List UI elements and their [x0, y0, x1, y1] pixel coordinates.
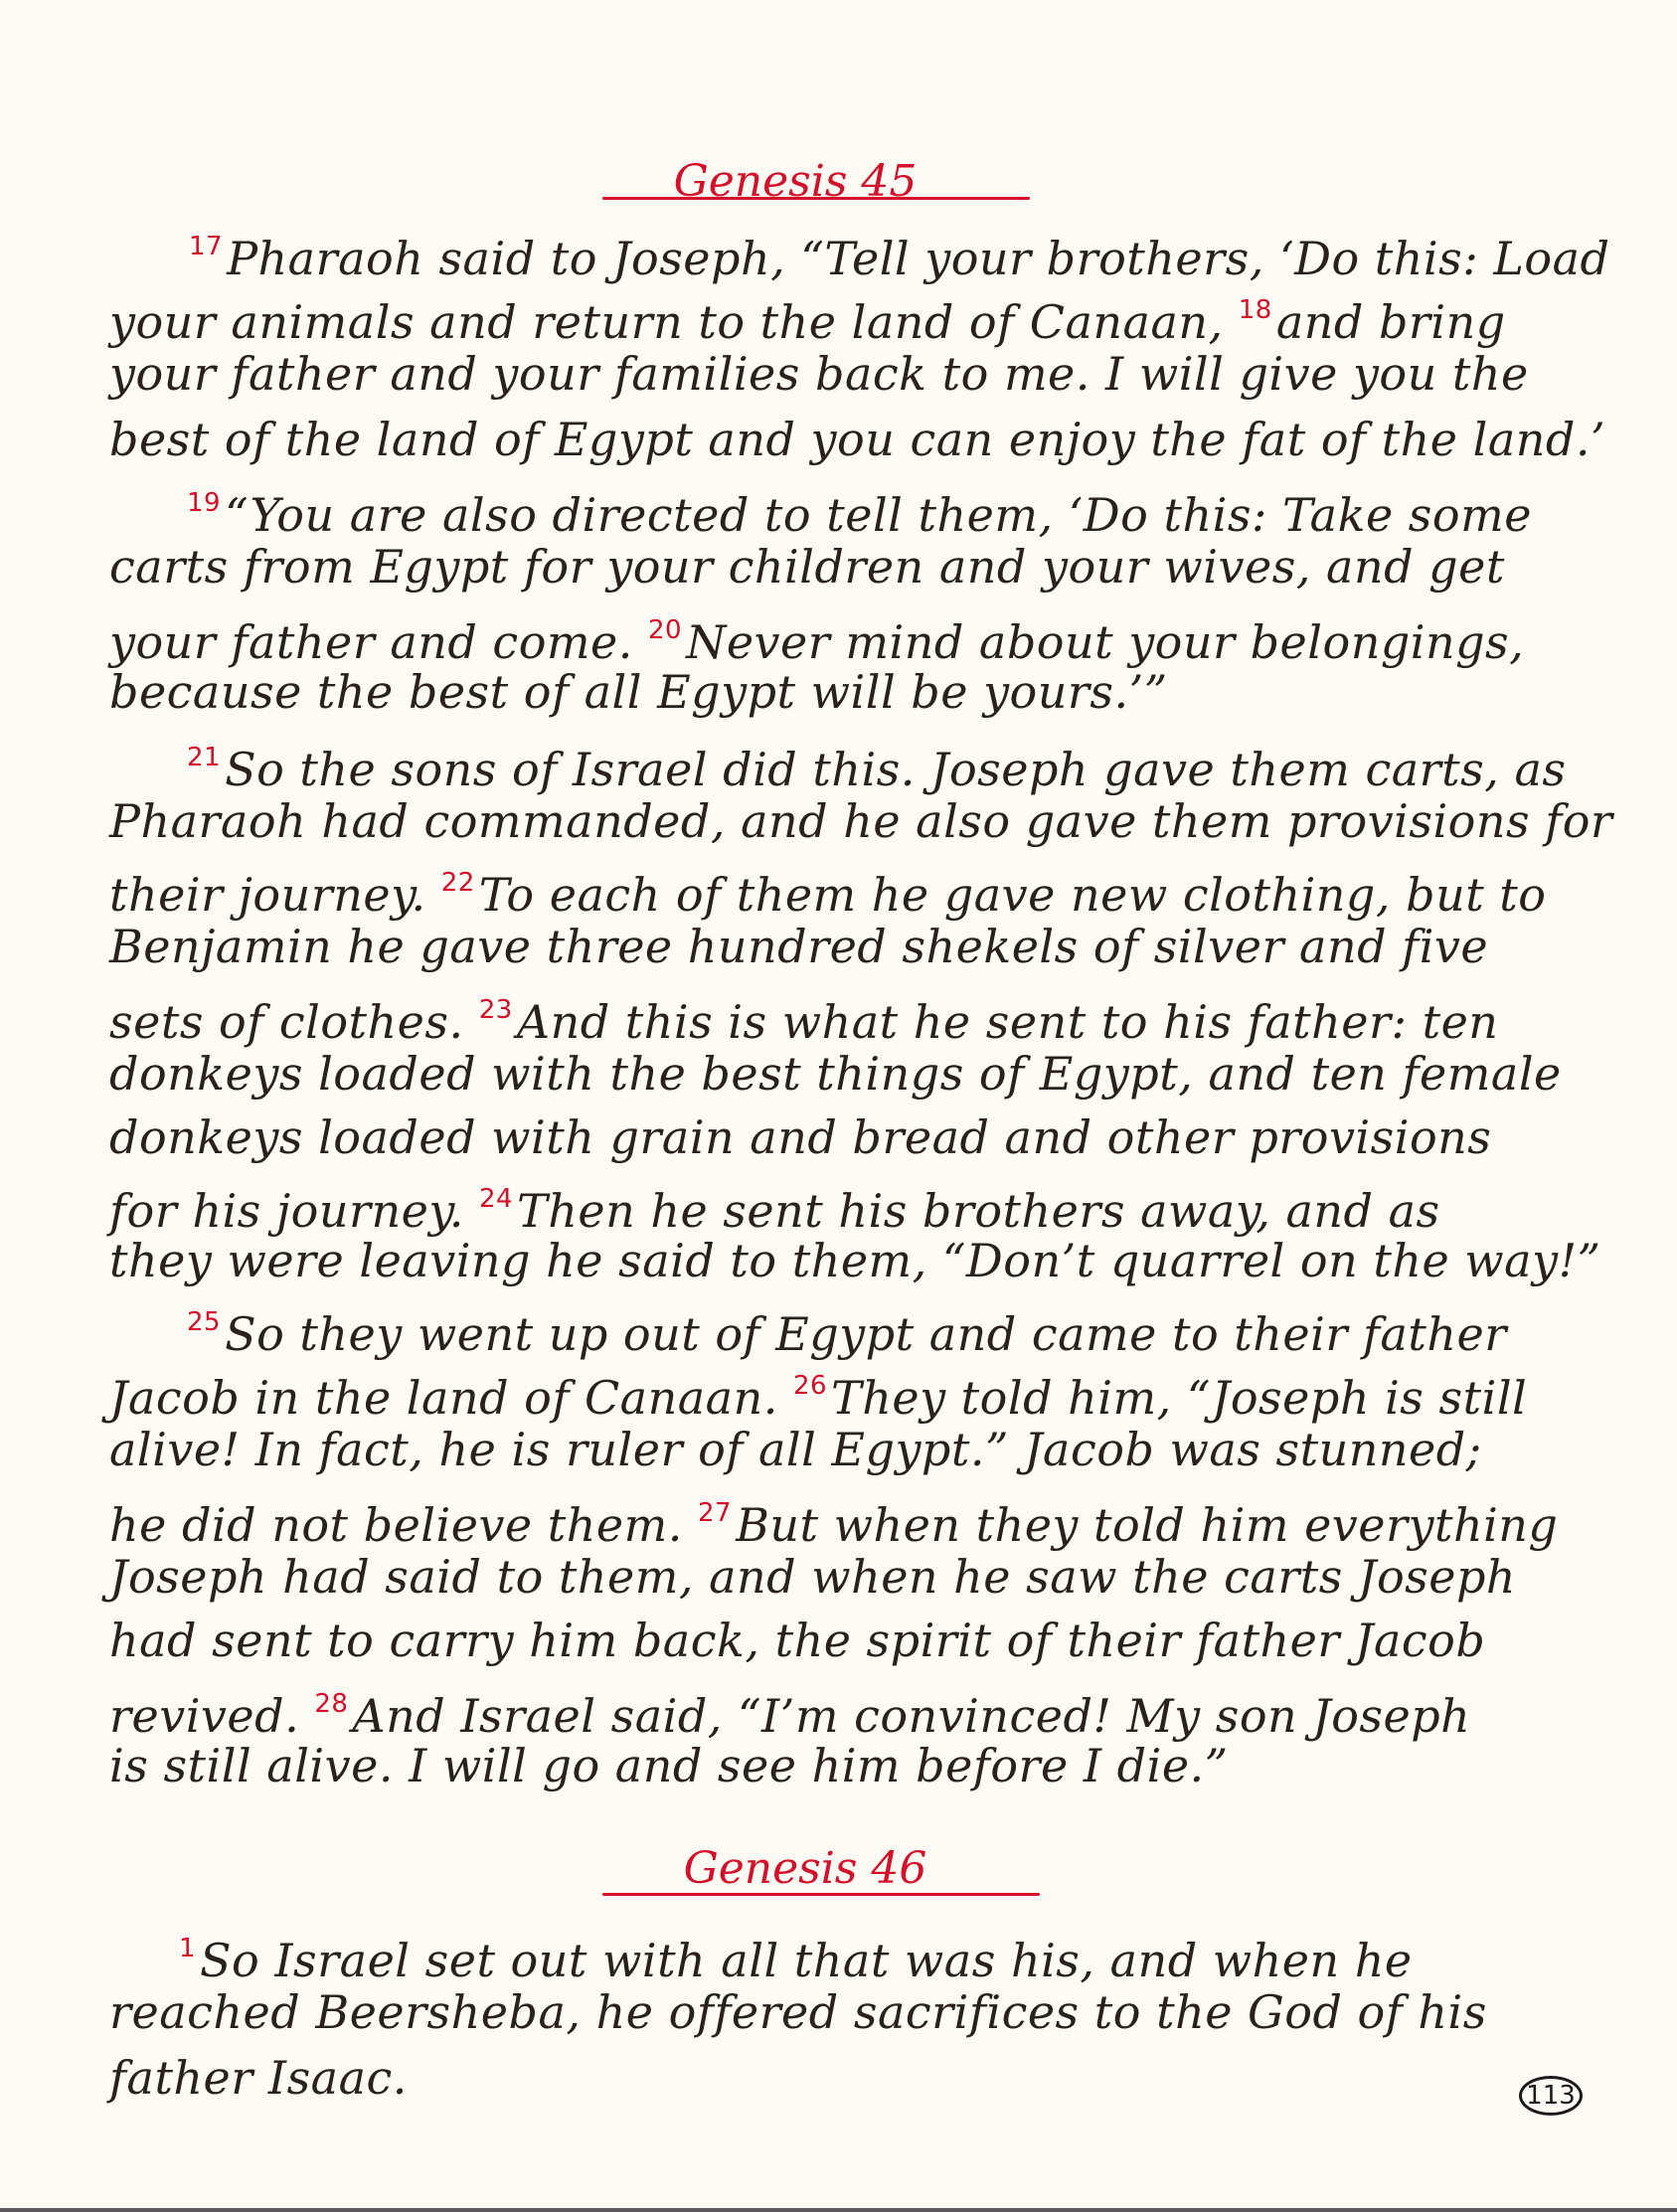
verse-text: reached Beersheba, he offered sacrifices…	[109, 1985, 1487, 2039]
verse-text: So they went up out of Egypt and came to…	[225, 1307, 1507, 1361]
verse-text: your father and come.	[109, 615, 633, 669]
text-line: they were leaving he said to them, “Don’…	[109, 1231, 1601, 1290]
verse-text: donkeys loaded with the best things of E…	[109, 1047, 1562, 1101]
text-line: alive! In fact, he is ruler of all Egypt…	[109, 1420, 1482, 1479]
text-line: he did not believe them. 27But when they…	[109, 1483, 1558, 1555]
text-line: donkeys loaded with the best things of E…	[109, 1044, 1562, 1104]
verse-text: To each of them he gave new clothing, bu…	[479, 868, 1547, 922]
verse-text: So the sons of Israel did this. Joseph g…	[225, 743, 1566, 796]
text-line: 19“You are also directed to tell them, ‘…	[187, 473, 1532, 545]
handwritten-page: Genesis 45 17Pharaoh said to Joseph, “Te…	[0, 0, 1677, 2212]
verse-number: 20	[648, 615, 682, 645]
text-line: your animals and return to the land of C…	[109, 280, 1506, 352]
verse-text: They told him, “Joseph is still	[831, 1371, 1527, 1425]
chapter-heading-genesis-46: Genesis 46	[606, 1844, 1004, 1894]
verse-text: he did not believe them.	[109, 1498, 683, 1552]
text-line: Jacob in the land of Canaan. 26They told…	[109, 1356, 1527, 1428]
verse-text: Joseph had said to them, and when he saw…	[109, 1550, 1516, 1604]
verse-text: Pharaoh had commanded, and he also gave …	[109, 794, 1612, 848]
verse-text: alive! In fact, he is ruler of all Egypt…	[109, 1423, 1482, 1476]
text-line: carts from Egypt for your children and y…	[109, 537, 1505, 596]
verse-number: 28	[314, 1689, 348, 1719]
text-line: 1So Israel set out with all that was his…	[179, 1919, 1413, 1990]
verse-text: Never mind about your belongings,	[686, 615, 1524, 669]
verse-text: carts from Egypt for your children and y…	[109, 540, 1505, 594]
verse-text: Benjamin he gave three hundred shekels o…	[109, 920, 1488, 973]
scan-edge	[0, 2208, 1677, 2212]
verse-text: sets of clothes.	[109, 995, 464, 1049]
text-line: Joseph had said to them, and when he saw…	[109, 1547, 1516, 1607]
verse-text: Jacob in the land of Canaan.	[109, 1371, 778, 1425]
text-line: 17Pharaoh said to Joseph, “Tell your bro…	[189, 217, 1609, 288]
text-line: your father and your families back to me…	[109, 344, 1529, 404]
verse-number: 1	[179, 1934, 196, 1963]
verse-number: 23	[479, 995, 513, 1025]
verse-text: they were leaving he said to them, “Don’…	[109, 1234, 1601, 1287]
verse-text: your animals and return to the land of C…	[109, 295, 1224, 349]
heading-underline	[602, 197, 1030, 200]
text-line: donkeys loaded with grain and bread and …	[109, 1107, 1491, 1167]
verse-number: 21	[187, 743, 221, 772]
verse-number: 25	[187, 1307, 221, 1337]
verse-text: Then he sent his brothers away, and as	[517, 1184, 1440, 1238]
verse-text: had sent to carry him back, the spirit o…	[109, 1614, 1485, 1667]
heading-underline	[602, 1893, 1040, 1896]
verse-number: 24	[479, 1184, 513, 1214]
text-line: reached Beersheba, he offered sacrifices…	[109, 1982, 1487, 2042]
verse-text: So Israel set out with all that was his,…	[200, 1934, 1413, 1987]
verse-text: And this is what he sent to his father: …	[517, 995, 1499, 1049]
text-line: Benjamin he gave three hundred shekels o…	[109, 917, 1488, 976]
verse-text: best of the land of Egypt and you can en…	[109, 413, 1605, 466]
text-line: father Isaac.	[109, 2048, 408, 2108]
verse-text: donkeys loaded with grain and bread and …	[109, 1110, 1491, 1164]
verse-text: father Isaac.	[109, 2051, 408, 2105]
text-line: best of the land of Egypt and you can en…	[109, 410, 1605, 469]
text-line: 25So they went up out of Egypt and came …	[187, 1292, 1507, 1364]
verse-text: because the best of all Egypt will be yo…	[109, 665, 1168, 719]
verse-number: 27	[698, 1498, 732, 1528]
verse-text: But when they told him everything	[736, 1498, 1558, 1552]
page-number-badge: 113	[1519, 2076, 1583, 2116]
text-line: had sent to carry him back, the spirit o…	[109, 1611, 1485, 1670]
text-line: their journey. 22To each of them he gave…	[109, 853, 1547, 925]
text-line: sets of clothes. 23And this is what he s…	[109, 980, 1498, 1052]
text-line: Pharaoh had commanded, and he also gave …	[109, 791, 1612, 851]
verse-text: “You are also directed to tell them, ‘Do…	[225, 488, 1532, 542]
verse-text: And Israel said, “I’m convinced! My son …	[352, 1689, 1470, 1743]
verse-text: your father and your families back to me…	[109, 347, 1529, 401]
verse-text: revived.	[109, 1689, 299, 1743]
verse-text: Pharaoh said to Joseph, “Tell your broth…	[227, 232, 1609, 285]
text-line: because the best of all Egypt will be yo…	[109, 662, 1168, 722]
text-line: is still alive. I will go and see him be…	[109, 1736, 1229, 1795]
verse-number: 19	[187, 488, 221, 518]
verse-number: 17	[189, 232, 223, 261]
verse-number: 18	[1239, 295, 1272, 325]
text-line: 21So the sons of Israel did this. Joseph…	[187, 728, 1567, 799]
verse-text: their journey.	[109, 868, 426, 922]
verse-text: for his journey.	[109, 1184, 464, 1238]
verse-text: is still alive. I will go and see him be…	[109, 1739, 1229, 1792]
verse-text: and bring	[1276, 295, 1506, 349]
verse-number: 22	[441, 868, 475, 898]
verse-number: 26	[793, 1371, 827, 1401]
